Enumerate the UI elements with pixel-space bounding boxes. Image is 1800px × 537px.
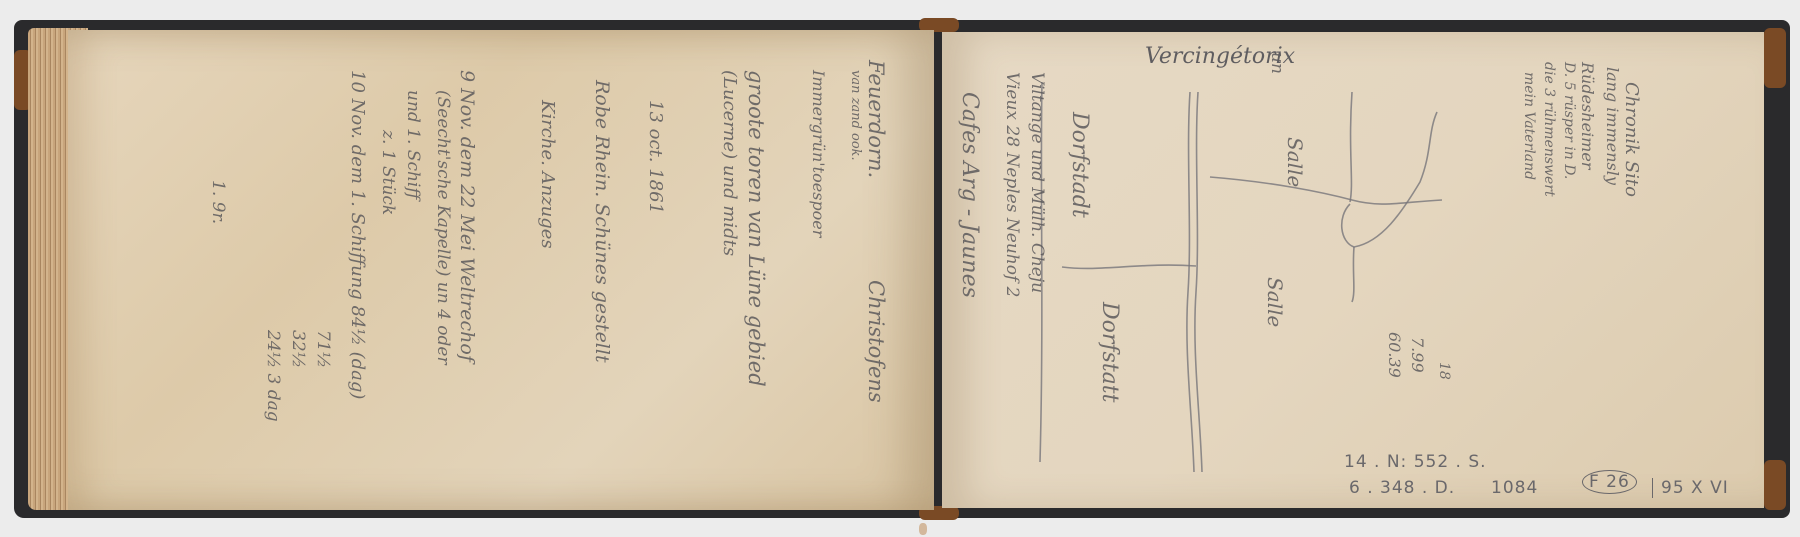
- archive-number: 1084: [1491, 478, 1538, 498]
- note-fraction-3: 24½ 3 dag: [263, 330, 283, 422]
- map-label-dorfstatt: Dorfstatt: [1097, 302, 1122, 402]
- circled-code-text: F 26: [1582, 470, 1637, 494]
- note-vieux-28: Vieux 28 Neples Neuhof 2: [1002, 72, 1022, 297]
- note-fraction-1: 71½: [313, 330, 333, 368]
- archive-circled-code: F 26: [1582, 472, 1637, 492]
- note-number-6039: 60.39: [1385, 332, 1404, 378]
- note-lang: lang immensly: [1603, 67, 1622, 185]
- note-10-nov: 10 Nov. dem 1. Schiffung 84½ (dag): [347, 70, 368, 399]
- right-page: un Cafes Arg - Jaunes Vieux 28 Neples Ne…: [942, 32, 1764, 508]
- note-d5: D. 5 rüsper in D.: [1561, 62, 1577, 179]
- page-heading: Vercingétorix: [1145, 44, 1295, 69]
- archive-shelfmark: 95 X VI: [1652, 478, 1729, 498]
- note-kirche: Kirche. Anzuges: [537, 100, 558, 249]
- paper-fragment: [919, 523, 927, 535]
- corner-leather-bottom-right: [1764, 460, 1786, 510]
- note-fraction-2: 32½: [288, 330, 308, 368]
- note-die-3: die 3 rühmenswert: [1541, 62, 1557, 197]
- notebook: Feuerdorn. van zand ook. Christofens Imm…: [14, 20, 1790, 518]
- archive-mark-line2: 6 . 348 . D.: [1349, 478, 1455, 498]
- note-1-9r: 1. 9r.: [208, 180, 228, 224]
- note-cafes-arg: Cafes Arg - Jaunes: [957, 92, 982, 298]
- note-feuerdorn-sub: van zand ook.: [848, 70, 863, 161]
- corner-leather-top-right: [1764, 28, 1786, 88]
- note-9-nov: 9 Nov. dem 22 Mei Weltrechof: [456, 70, 478, 362]
- left-page: Feuerdorn. van zand ook. Christofens Imm…: [68, 30, 934, 510]
- note-feuerdorn: Feuerdorn.: [864, 60, 888, 178]
- note-chronik: Chronik Sito: [1621, 82, 1642, 197]
- note-lucerne: (Lucerne) und midts: [719, 70, 740, 256]
- note-robe-rhein: Robe Rhein. Schünes gestellt: [591, 80, 613, 363]
- note-number-799: 7.99: [1408, 337, 1427, 373]
- note-christofens: Christofens: [864, 280, 888, 403]
- map-label-salle-1: Salle: [1283, 137, 1307, 187]
- note-rudesheimer: Rüdesheimer: [1578, 62, 1597, 169]
- archive-mark-line1: 14 . N: 552 . S.: [1344, 452, 1487, 472]
- note-kapelle: (Seecht'sche Kapelle) un 4 oder: [433, 90, 453, 365]
- note-groote-toren: groote toren van Lüne gebied: [744, 70, 768, 387]
- note-mein: mein Vaterland: [1521, 72, 1537, 180]
- map-label-dorfstadt: Dorfstadt: [1067, 112, 1092, 218]
- note-number-18: 18: [1436, 362, 1452, 380]
- note-schiff-2: z. 1 Stück: [378, 130, 398, 215]
- note-viltange: Viltange und Mülh. Cheju: [1027, 72, 1047, 293]
- note-date-13-oct: 13 oct. 1861: [645, 100, 666, 214]
- note-immergrun: Immergrün'toespoer: [809, 70, 828, 237]
- note-schiff: und 1. Schiff: [403, 90, 423, 199]
- map-label-salle-2: Salle: [1263, 277, 1287, 327]
